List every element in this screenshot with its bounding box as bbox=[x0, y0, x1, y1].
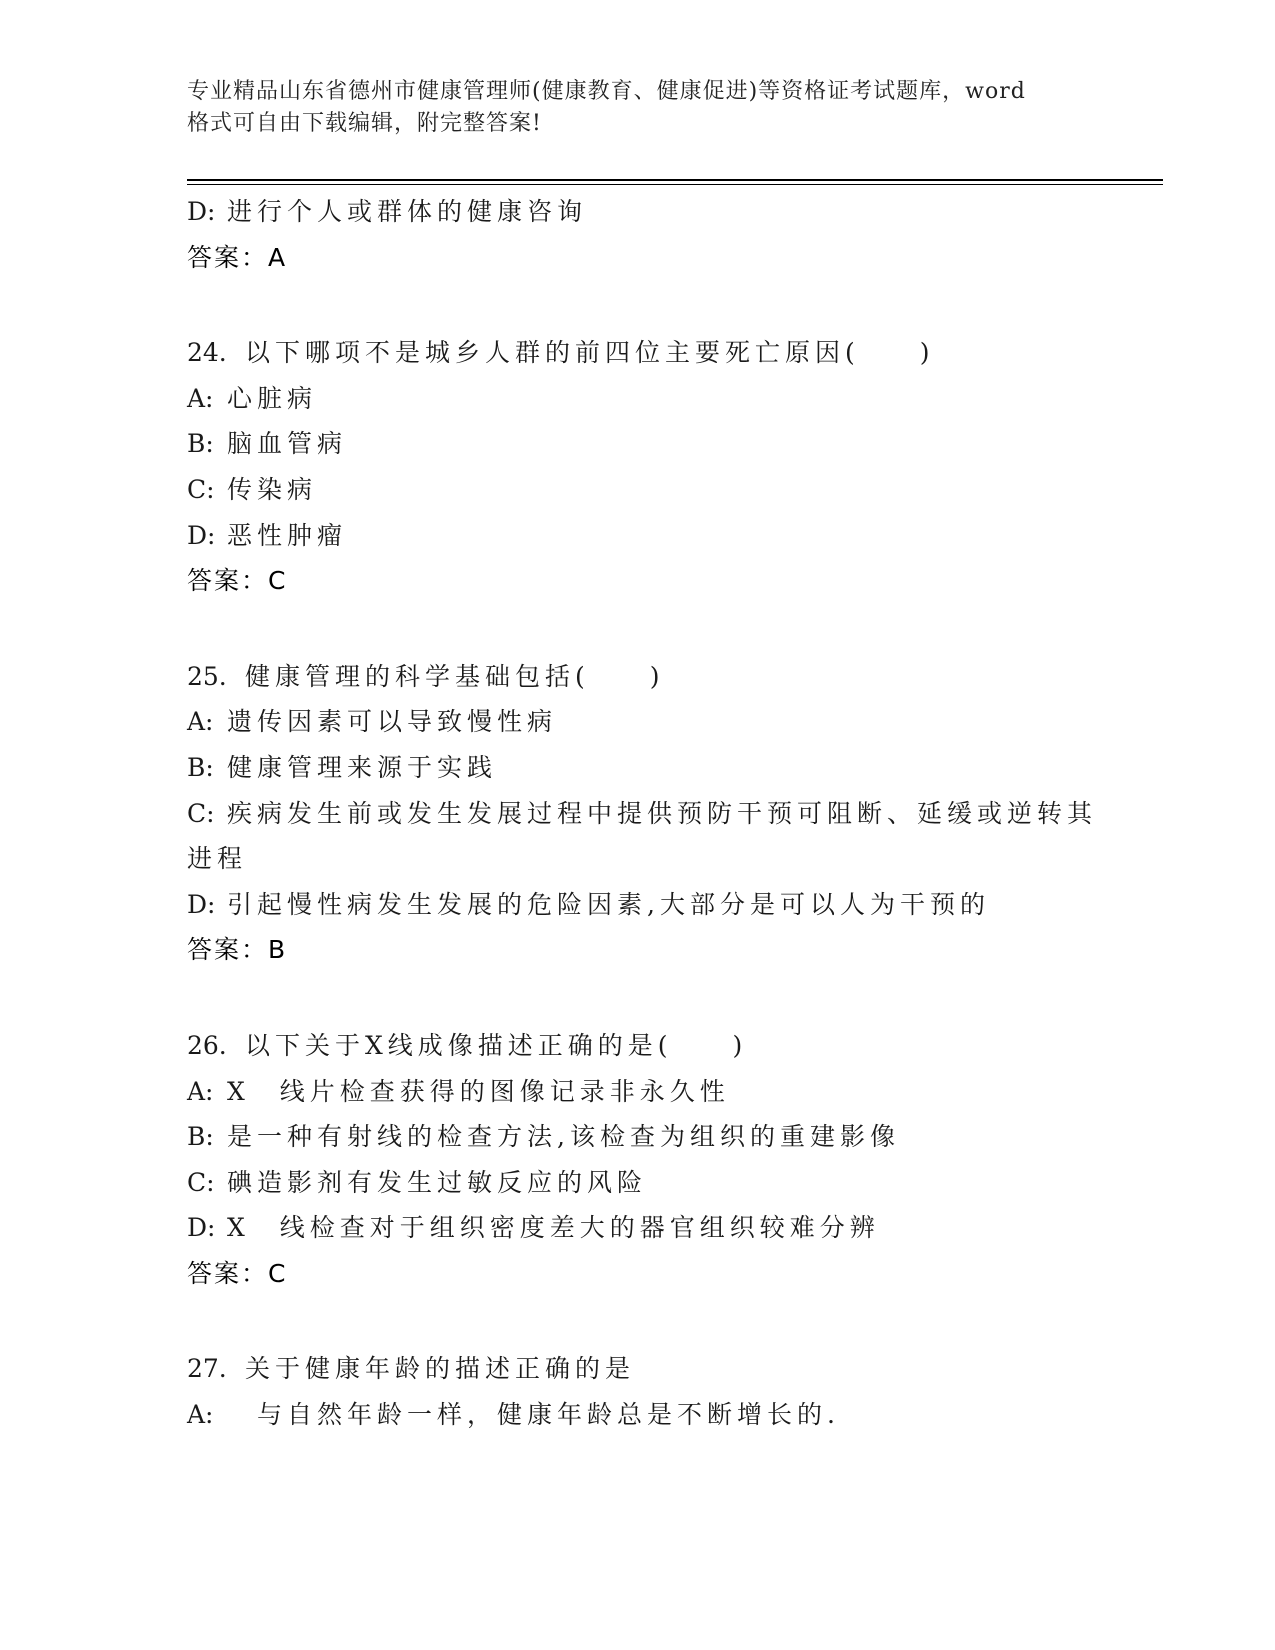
answer-key: 答案：C bbox=[187, 558, 1147, 604]
line-text: 引起慢性病发生发展的危险因素,大部分是可以人为干预的 bbox=[227, 890, 990, 919]
line-text: 答案：A bbox=[187, 243, 287, 272]
option-label: C: bbox=[187, 791, 227, 837]
spacer bbox=[187, 973, 1147, 1023]
option-label: C: bbox=[187, 1160, 227, 1206]
line-text: 以下关于X线成像描述正确的是( ) bbox=[245, 1031, 747, 1060]
line-text: 进程 bbox=[187, 844, 247, 873]
answer-key: 答案：B bbox=[187, 927, 1147, 973]
option-label: C: bbox=[187, 467, 227, 513]
header-line-1: 专业精品山东省德州市健康管理师(健康教育、健康促进)等资格证考试题库，word bbox=[187, 76, 1087, 108]
answer-option: A: 与自然年龄一样，健康年龄总是不断增长的. bbox=[187, 1392, 1147, 1438]
option-label: B: bbox=[187, 745, 227, 791]
question-list: D:进行个人或群体的健康咨询答案：A24.以下哪项不是城乡人群的前四位主要死亡原… bbox=[187, 189, 1147, 1438]
answer-option: D:恶性肿瘤 bbox=[187, 513, 1147, 559]
question-stem: 27.关于健康年龄的描述正确的是 bbox=[187, 1346, 1147, 1392]
line-text: 以下哪项不是城乡人群的前四位主要死亡原因( ) bbox=[245, 338, 935, 367]
answer-option: C:疾病发生前或发生发展过程中提供预防干预可阻断、延缓或逆转其 bbox=[187, 791, 1147, 837]
line-text: 心脏病 bbox=[227, 384, 317, 413]
answer-option: B:是一种有射线的检查方法,该检查为组织的重建影像 bbox=[187, 1114, 1147, 1160]
answer-option: D:引起慢性病发生发展的危险因素,大部分是可以人为干预的 bbox=[187, 882, 1147, 928]
option-label: A: bbox=[187, 1069, 227, 1115]
answer-option: B:脑血管病 bbox=[187, 421, 1147, 467]
question-stem: 24.以下哪项不是城乡人群的前四位主要死亡原因( ) bbox=[187, 330, 1147, 376]
header-line-2: 格式可自由下载编辑，附完整答案! bbox=[187, 108, 1087, 140]
spacer bbox=[187, 1296, 1147, 1346]
option-label: B: bbox=[187, 421, 227, 467]
line-text: 健康管理的科学基础包括( ) bbox=[245, 662, 665, 691]
answer-key: 答案：A bbox=[187, 235, 1147, 281]
spacer bbox=[187, 604, 1147, 654]
question-stem: 25.健康管理的科学基础包括( ) bbox=[187, 654, 1147, 700]
option-label: A: bbox=[187, 1392, 227, 1438]
line-text: 恶性肿瘤 bbox=[227, 521, 347, 550]
question-number: 25. bbox=[187, 654, 245, 700]
answer-option: A:心脏病 bbox=[187, 376, 1147, 422]
header-divider-top bbox=[187, 179, 1163, 181]
spacer bbox=[187, 280, 1147, 330]
line-text: 疾病发生前或发生发展过程中提供预防干预可阻断、延缓或逆转其 bbox=[227, 799, 1097, 828]
answer-option: B:健康管理来源于实践 bbox=[187, 745, 1147, 791]
question-stem: 26.以下关于X线成像描述正确的是( ) bbox=[187, 1023, 1147, 1069]
option-label: A: bbox=[187, 699, 227, 745]
answer-option: A:遗传因素可以导致慢性病 bbox=[187, 699, 1147, 745]
line-text: 健康管理来源于实践 bbox=[227, 753, 497, 782]
option-label: D: bbox=[187, 882, 227, 928]
option-label: D: bbox=[187, 1205, 227, 1251]
line-text: 碘造影剂有发生过敏反应的风险 bbox=[227, 1168, 647, 1197]
line-text: X 线检查对于组织密度差大的器官组织较难分辨 bbox=[227, 1213, 880, 1242]
line-text: 脑血管病 bbox=[227, 429, 347, 458]
line-text: 答案：C bbox=[187, 566, 287, 595]
question-number: 24. bbox=[187, 330, 245, 376]
answer-option: C:碘造影剂有发生过敏反应的风险 bbox=[187, 1160, 1147, 1206]
document-header: 专业精品山东省德州市健康管理师(健康教育、健康促进)等资格证考试题库，word … bbox=[187, 76, 1087, 140]
answer-option: D:X 线检查对于组织密度差大的器官组织较难分辨 bbox=[187, 1205, 1147, 1251]
option-label: D: bbox=[187, 513, 227, 559]
header-divider-bottom bbox=[187, 184, 1163, 185]
line-text: 关于健康年龄的描述正确的是 bbox=[245, 1354, 635, 1383]
answer-key: 答案：C bbox=[187, 1251, 1147, 1297]
question-number: 27. bbox=[187, 1346, 245, 1392]
line-text: 答案：C bbox=[187, 1259, 287, 1288]
answer-option: C:传染病 bbox=[187, 467, 1147, 513]
line-text: 答案：B bbox=[187, 935, 287, 964]
answer-option: A:X 线片检查获得的图像记录非永久性 bbox=[187, 1069, 1147, 1115]
option-label: B: bbox=[187, 1114, 227, 1160]
line-text: 与自然年龄一样，健康年龄总是不断增长的. bbox=[227, 1400, 840, 1429]
question-number: 26. bbox=[187, 1023, 245, 1069]
option-continuation: 进程 bbox=[187, 836, 1147, 882]
option-label: D: bbox=[187, 189, 227, 235]
answer-option: D:进行个人或群体的健康咨询 bbox=[187, 189, 1147, 235]
line-text: 遗传因素可以导致慢性病 bbox=[227, 707, 557, 736]
line-text: 是一种有射线的检查方法,该检查为组织的重建影像 bbox=[227, 1122, 900, 1151]
option-label: A: bbox=[187, 376, 227, 422]
line-text: 进行个人或群体的健康咨询 bbox=[227, 197, 587, 226]
line-text: X 线片检查获得的图像记录非永久性 bbox=[227, 1077, 730, 1106]
line-text: 传染病 bbox=[227, 475, 317, 504]
